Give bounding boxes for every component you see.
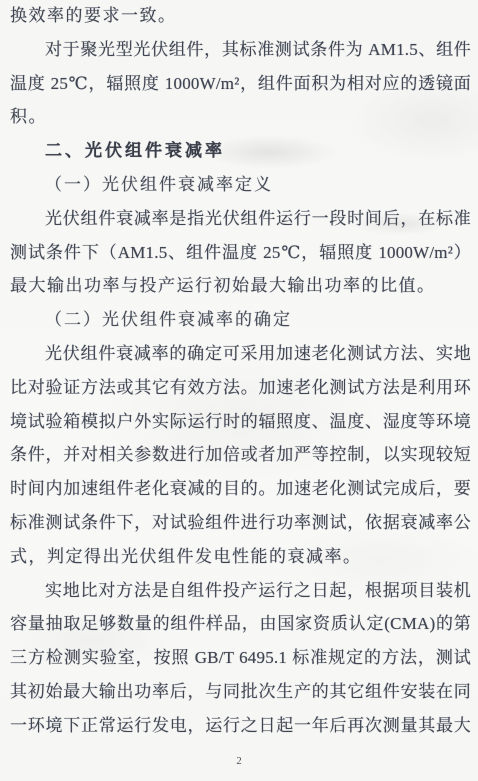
text-line: 测试条件下（AM1.5、组件温度 25℃，辐照度 1000W/m²） — [10, 236, 471, 270]
text-line: 光伏组件衰减率是指光伏组件运行一段时间后，在标准 — [10, 202, 471, 236]
text-line: 换效率的要求一致。 — [10, 0, 471, 33]
text-line: 境试验箱模拟户外实际运行时的辐照度、温度、湿度等环境 — [10, 405, 471, 439]
text-line: 式，判定得出光伏组件发电性能的衰减率。 — [10, 540, 471, 574]
text-line: 时间内加速组件老化衰减的目的。加速老化测试完成后，要 — [10, 472, 471, 506]
text-line: 标准测试条件下，对试验组件进行功率测试，依据衰减率公 — [10, 506, 471, 540]
text-line: 其初始最大输出功率后，与同批次生产的其它组件安装在同 — [10, 675, 471, 709]
document-body: 换效率的要求一致。 对于聚光型光伏组件，其标准测试条件为 AM1.5、组件 温度… — [10, 0, 471, 743]
text-line: 条件，并对相关参数进行加倍或者加严等控制，以实现较短 — [10, 438, 471, 472]
text-line: 对于聚光型光伏组件，其标准测试条件为 AM1.5、组件 — [10, 33, 471, 67]
text-line: 温度 25℃，辐照度 1000W/m²，组件面积为相对应的透镜面 — [10, 67, 471, 101]
subsection-1-heading: （一）光伏组件衰减率定义 — [10, 168, 471, 202]
text-line: 实地比对方法是自组件投产运行之日起，根据项目装机 — [10, 574, 471, 608]
text-line: 容量抽取足够数量的组件样品，由国家资质认定(CMA)的第 — [10, 607, 471, 641]
text-line: 最大输出功率与投产运行初始最大输出功率的比值。 — [10, 269, 471, 303]
text-line: 积。 — [10, 100, 471, 134]
text-line: 一环境下正常运行发电，运行之日起一年后再次测量其最大 — [10, 709, 471, 743]
page-number: 2 — [0, 755, 478, 767]
section-heading: 二、光伏组件衰减率 — [10, 134, 471, 168]
subsection-2-heading: （二）光伏组件衰减率的确定 — [10, 303, 471, 337]
scanned-document-page: 换效率的要求一致。 对于聚光型光伏组件，其标准测试条件为 AM1.5、组件 温度… — [0, 0, 478, 781]
text-line: 光伏组件衰减率的确定可采用加速老化测试方法、实地 — [10, 337, 471, 371]
text-line: 比对验证方法或其它有效方法。加速老化测试方法是利用环 — [10, 371, 471, 405]
text-line: 三方检测实验室，按照 GB/T 6495.1 标准规定的方法，测试 — [10, 641, 471, 675]
